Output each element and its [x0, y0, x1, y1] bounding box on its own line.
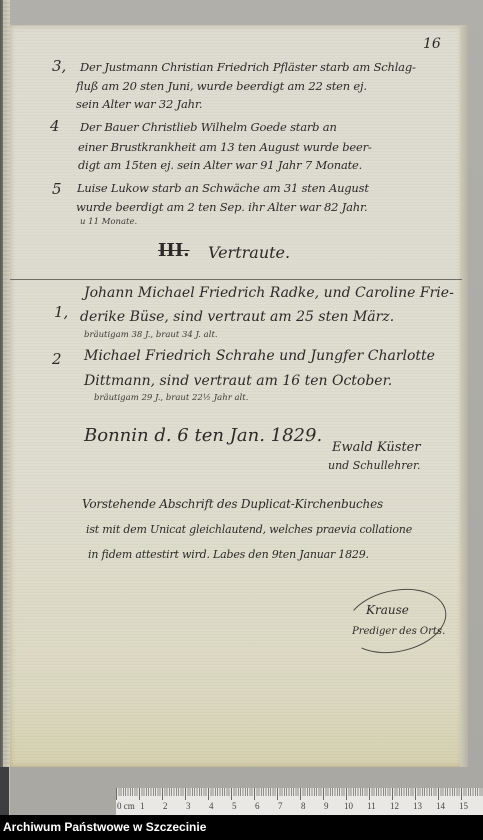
attestation-line: ist mit dem Unicat gleichlautend, welche…: [86, 523, 412, 536]
ruler-label: 14: [436, 801, 445, 811]
official-signature-title: Prediger des Orts.: [352, 626, 445, 637]
ruler-label: 10: [344, 801, 353, 811]
section-divider-line: [10, 279, 462, 280]
ruler-label: 1: [140, 801, 145, 811]
entry-number: 3,: [52, 57, 66, 75]
ruler-label: 2: [163, 801, 168, 811]
ruler-label-unit: 0 cm: [117, 801, 135, 811]
entry-line: Luise Lukow starb an Schwäche am 31 sten…: [77, 181, 369, 195]
ruler-label: 15: [459, 801, 468, 811]
ruler-label: 13: [413, 801, 422, 811]
entry-line: wurde beerdigt am 2 ten Sep. ihr Alter w…: [76, 200, 367, 214]
ruler-label: 5: [232, 801, 237, 811]
entry-line: Der Justmann Christian Friedrich Pfläste…: [80, 60, 416, 74]
entry-line: Michael Friedrich Schrahe und Jungfer Ch…: [84, 348, 435, 364]
ruler-label: 12: [390, 801, 399, 811]
entry-line: sein Alter war 32 Jahr.: [76, 97, 202, 111]
attestation-line: in fidem attestirt wird. Labes den 9ten …: [88, 548, 369, 561]
attestation-line: Vorstehende Abschrift des Duplicat-Kirch…: [82, 497, 383, 511]
signer-name: Ewald Küster: [332, 440, 421, 455]
entry-note: u 11 Monate.: [80, 217, 137, 227]
entry-line: fluß am 20 sten Juni, wurde beerdigt am …: [76, 79, 367, 93]
entry-line: digt am 15ten ej. sein Alter war 91 Jahr…: [78, 158, 362, 172]
ruler-label: 4: [209, 801, 214, 811]
entry-line: Der Bauer Christlieb Wilhelm Goede starb…: [80, 120, 337, 134]
folio-number: 16: [423, 36, 441, 52]
entry-number: 1,: [54, 303, 68, 321]
entry-number: 2: [52, 350, 62, 368]
entry-note: bräutigam 29 J., braut 22½ Jahr alt.: [94, 393, 248, 403]
entry-number: 5: [52, 180, 62, 198]
entry-note: bräutigam 38 J., braut 34 J. alt.: [84, 330, 218, 340]
entry-line: einer Brustkrankheit am 13 ten August wu…: [78, 140, 372, 154]
signer-title: und Schullehrer.: [328, 459, 421, 472]
archive-footer-bar: Archiwum Państwowe w Szczecinie: [0, 815, 483, 840]
section-roman-numeral: III.: [158, 240, 190, 261]
ruler-labels: 0 cm 1 2 3 4 5 6 7 8 9 10 11 12 13 14 15: [116, 801, 483, 813]
entry-line: Dittmann, sind vertraut am 16 ten Octobe…: [84, 373, 392, 389]
ruler-label: 3: [186, 801, 191, 811]
archive-name: Archiwum Państwowe w Szczecinie: [3, 820, 206, 834]
ruler-ticks: [116, 788, 483, 800]
binding-shadow: [0, 767, 9, 815]
ruler-label: 6: [255, 801, 260, 811]
page-edge: [460, 25, 468, 767]
entry-line: derike Büse, sind vertraut am 25 sten Mä…: [80, 309, 394, 325]
ruler-label: 7: [278, 801, 283, 811]
measurement-ruler: 0 cm 1 2 3 4 5 6 7 8 9 10 11 12 13 14 15: [116, 788, 483, 815]
ruler-label: 8: [301, 801, 306, 811]
adjacent-page-edge: [3, 0, 10, 767]
entry-number: 4: [50, 117, 60, 135]
official-signature-name: Krause: [366, 603, 409, 617]
section-title: Vertraute.: [208, 243, 290, 262]
entry-line: Johann Michael Friedrich Radke, und Caro…: [84, 285, 454, 301]
ruler-label: 9: [324, 801, 329, 811]
ruler-label: 11: [367, 801, 376, 811]
place-date: Bonnin d. 6 ten Jan. 1829.: [84, 425, 322, 446]
